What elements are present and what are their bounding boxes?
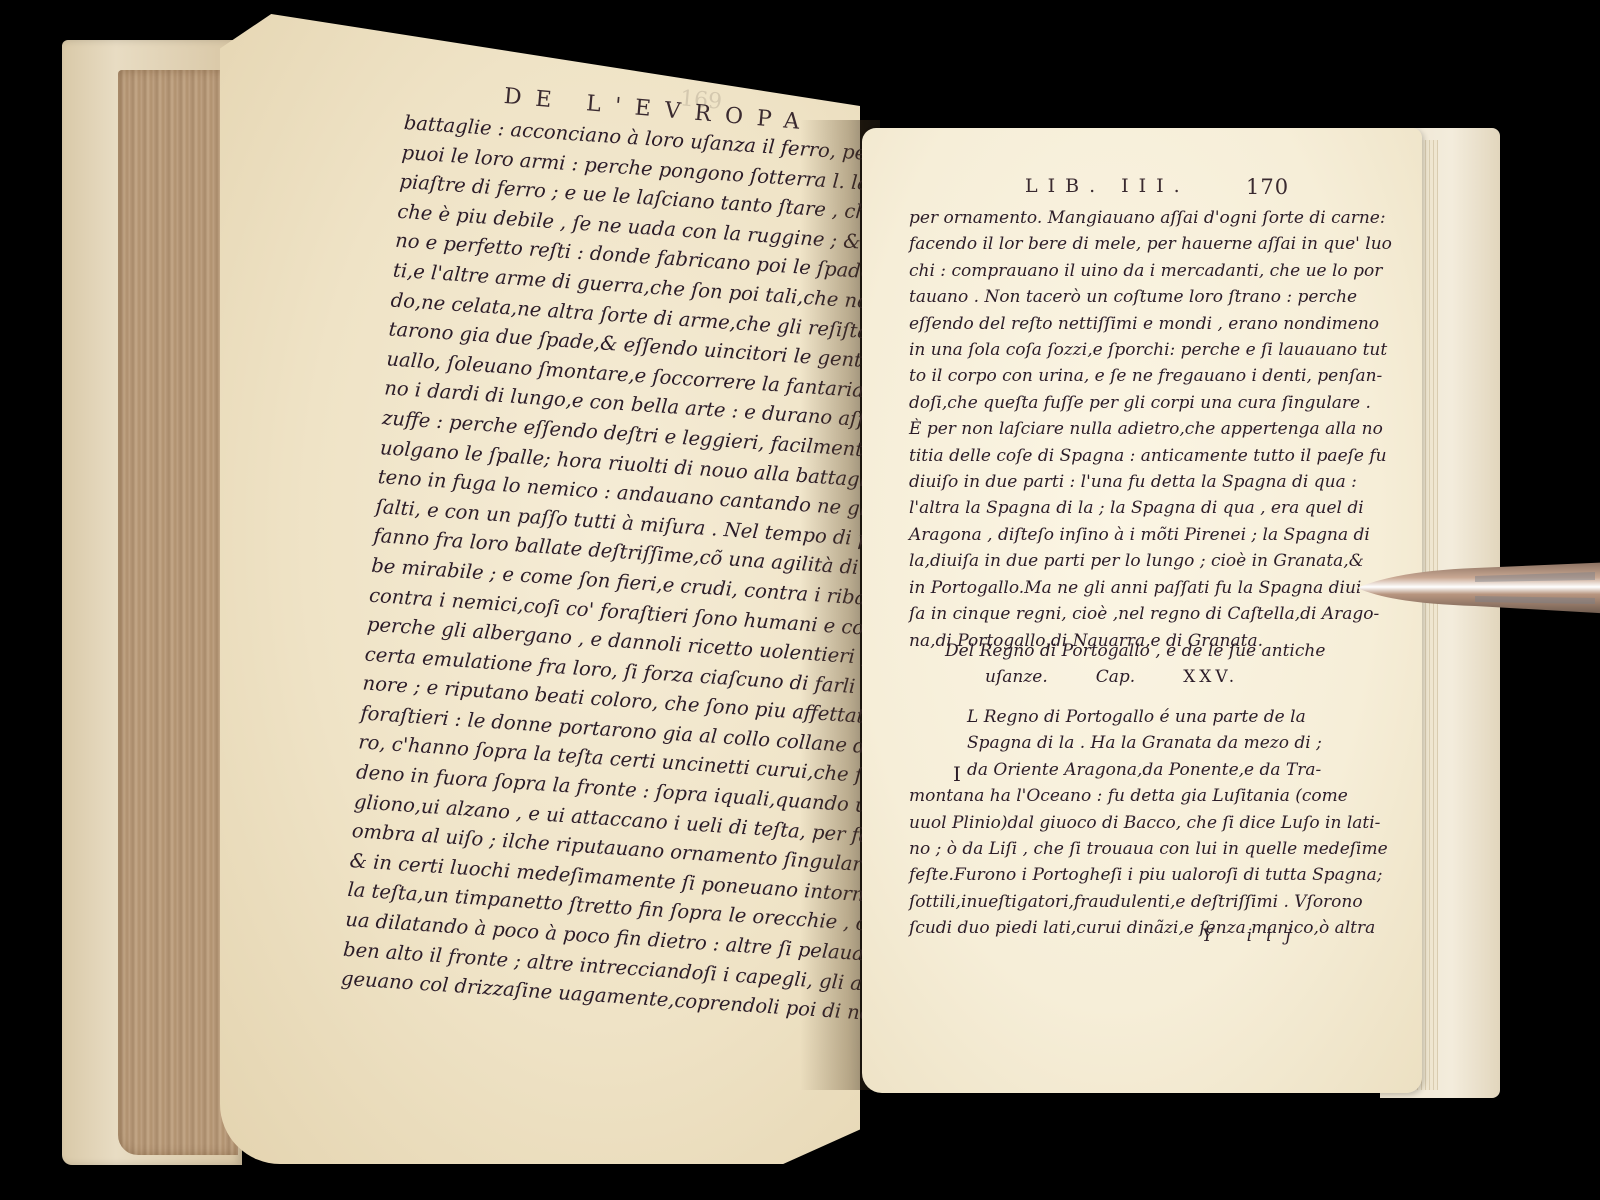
- book-photo: 169 DE L'EVROPA battaglie : acconciano à…: [0, 0, 1600, 1200]
- text-line: ſcudi duo piedi lati,curui dinãzi,e ſenz…: [909, 915, 1388, 941]
- chapter-heading: Del Regno di Portogallo , e de le ſue an…: [945, 638, 1325, 690]
- text-line: l'altra la Spagna di la ; la Spagna di q…: [909, 495, 1392, 521]
- text-line: da Oriente Aragona,da Ponente,e da Tra-: [909, 757, 1388, 783]
- text-line: eſſendo del reſto nettiſſimi e mondi , e…: [909, 311, 1392, 337]
- text-line: in una ſola coſa ſozzi,e ſporchi: perche…: [909, 337, 1392, 363]
- text-line: titia delle coſe di Spagna : anticamente…: [909, 443, 1392, 469]
- chapter-title-line-1: Del Regno di Portogallo , e de le ſue an…: [945, 638, 1325, 664]
- text-line: L Regno di Portogallo é una parte de la: [909, 704, 1388, 730]
- text-line: uuol Plinio)dal giuoco di Bacco, che ſi …: [909, 810, 1388, 836]
- right-running-head: LIB. III.: [1025, 175, 1190, 197]
- chapter-number: XXV.: [1183, 667, 1238, 687]
- text-line: Spagna di la . Ha la Granata da mezo di …: [909, 730, 1388, 756]
- text-line: chi : comprauano il uino da i mercadanti…: [909, 258, 1392, 284]
- text-line: facendo il lor bere di mele, per hauerne…: [909, 231, 1392, 257]
- chapter-title-line-2: uſanze.Cap.XXV.: [945, 664, 1325, 690]
- text-line: montana ha l'Oceano : fu detta gia Luſit…: [909, 783, 1388, 809]
- text-line: per ornamento. Mangiauano aſſai d'ogni ſ…: [909, 205, 1392, 231]
- text-line: diuiſo in due parti : l'una fu detta la …: [909, 469, 1392, 495]
- chapter-title-word: uſanze.: [985, 667, 1048, 687]
- text-line: Aragona , diſteſo inſino à i mõti Pirene…: [909, 522, 1392, 548]
- text-line: to il corpo con urina, e ſe ne fregauano…: [909, 363, 1392, 389]
- signature-mark: Y iij: [1202, 926, 1305, 946]
- text-line: tauano . Non tacerò un coſtume loro ſtra…: [909, 284, 1392, 310]
- metal-pointer-icon: [1355, 562, 1600, 614]
- text-line: no ; ò da Liſi , che ſi trouaua con lui …: [909, 836, 1388, 862]
- text-line: È per non laſciare nulla adietro,che app…: [909, 416, 1392, 442]
- page-number: 170: [1246, 175, 1289, 199]
- chapter-cap-label: Cap.: [1096, 667, 1135, 687]
- chapter-body-text: L Regno di Portogallo é una parte de la …: [909, 704, 1388, 942]
- text-line: feſte.Furono i Portogheſi i piu ualoroſi…: [909, 862, 1388, 888]
- text-line: in Portogallo.Ma ne gli anni paſſati fu …: [909, 575, 1392, 601]
- text-line: la,diuiſa in due parti per lo lungo ; ci…: [909, 548, 1392, 574]
- text-line: ſottili,inueſtigatori,fraudulenti,e deſt…: [909, 889, 1388, 915]
- right-page-text: per ornamento. Mangiauano aſſai d'ogni ſ…: [909, 205, 1392, 654]
- text-line: doſi,che queſta fuſſe per gli corpi una …: [909, 390, 1392, 416]
- text-line: ſa in cinque regni, cioè ,nel regno di C…: [909, 601, 1392, 627]
